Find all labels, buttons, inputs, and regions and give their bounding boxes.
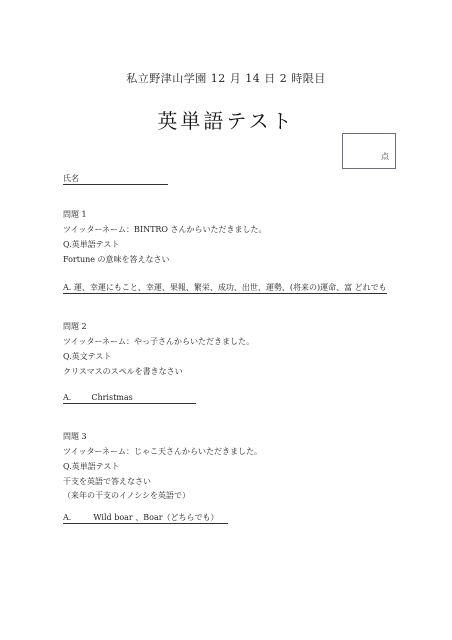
question-2-contributor: ツイッターネーム：やっ子さんからいただきました。 xyxy=(63,337,254,347)
question-1-contributor: ツイッターネーム：BINTRO さんからいただきました。 xyxy=(63,225,267,235)
question-2-answer[interactable]: A.Christmas xyxy=(63,393,196,404)
question-3-prompt: 干支を英語で答えなさい xyxy=(63,477,151,487)
answer-text: 運、幸運にもこと、幸運、果報、繁栄、成功、出世、運勢、(将来の)運命、富 どれで… xyxy=(74,283,387,292)
answer-text: Christmas xyxy=(91,393,132,402)
question-1-category: Q.英単語テスト xyxy=(63,240,119,250)
question-3-contributor: ツイッターネーム：じゃこ天さんからいただきました。 xyxy=(63,447,262,457)
answer-text: Wild boar 、Boar（どちらでも） xyxy=(93,513,218,522)
question-3-category: Q.英単語テスト xyxy=(63,462,119,472)
answer-prefix: A. xyxy=(63,393,71,402)
question-1-prompt: Fortune の意味を答えなさい xyxy=(63,255,170,265)
score-box[interactable]: 点 xyxy=(342,133,396,169)
question-1-number: 問題 1 xyxy=(63,210,87,220)
question-2-category: Q.英文テスト xyxy=(63,352,111,362)
score-label: 点 xyxy=(381,151,389,162)
page-title: 英単語テスト xyxy=(0,105,452,134)
question-2-number: 問題 2 xyxy=(63,322,87,332)
exam-header: 私立野津山学園 12 月 14 日 2 時限目 xyxy=(0,70,452,86)
question-3-number: 問題 3 xyxy=(63,432,87,442)
answer-prefix: A. xyxy=(63,513,71,522)
question-2-prompt: クリスマスのスペルを書きなさい xyxy=(63,367,183,377)
question-1-answer[interactable]: A. 運、幸運にもこと、幸運、果報、繁栄、成功、出世、運勢、(将来の)運命、富 … xyxy=(63,283,387,294)
answer-prefix: A. xyxy=(63,283,71,292)
name-field[interactable]: 氏名 xyxy=(63,174,168,185)
question-3-prompt-note: （来年の干支のイノシシを英語で） xyxy=(63,491,190,501)
question-3-answer[interactable]: A.Wild boar 、Boar（どちらでも） xyxy=(63,513,228,524)
name-label: 氏名 xyxy=(63,174,79,183)
